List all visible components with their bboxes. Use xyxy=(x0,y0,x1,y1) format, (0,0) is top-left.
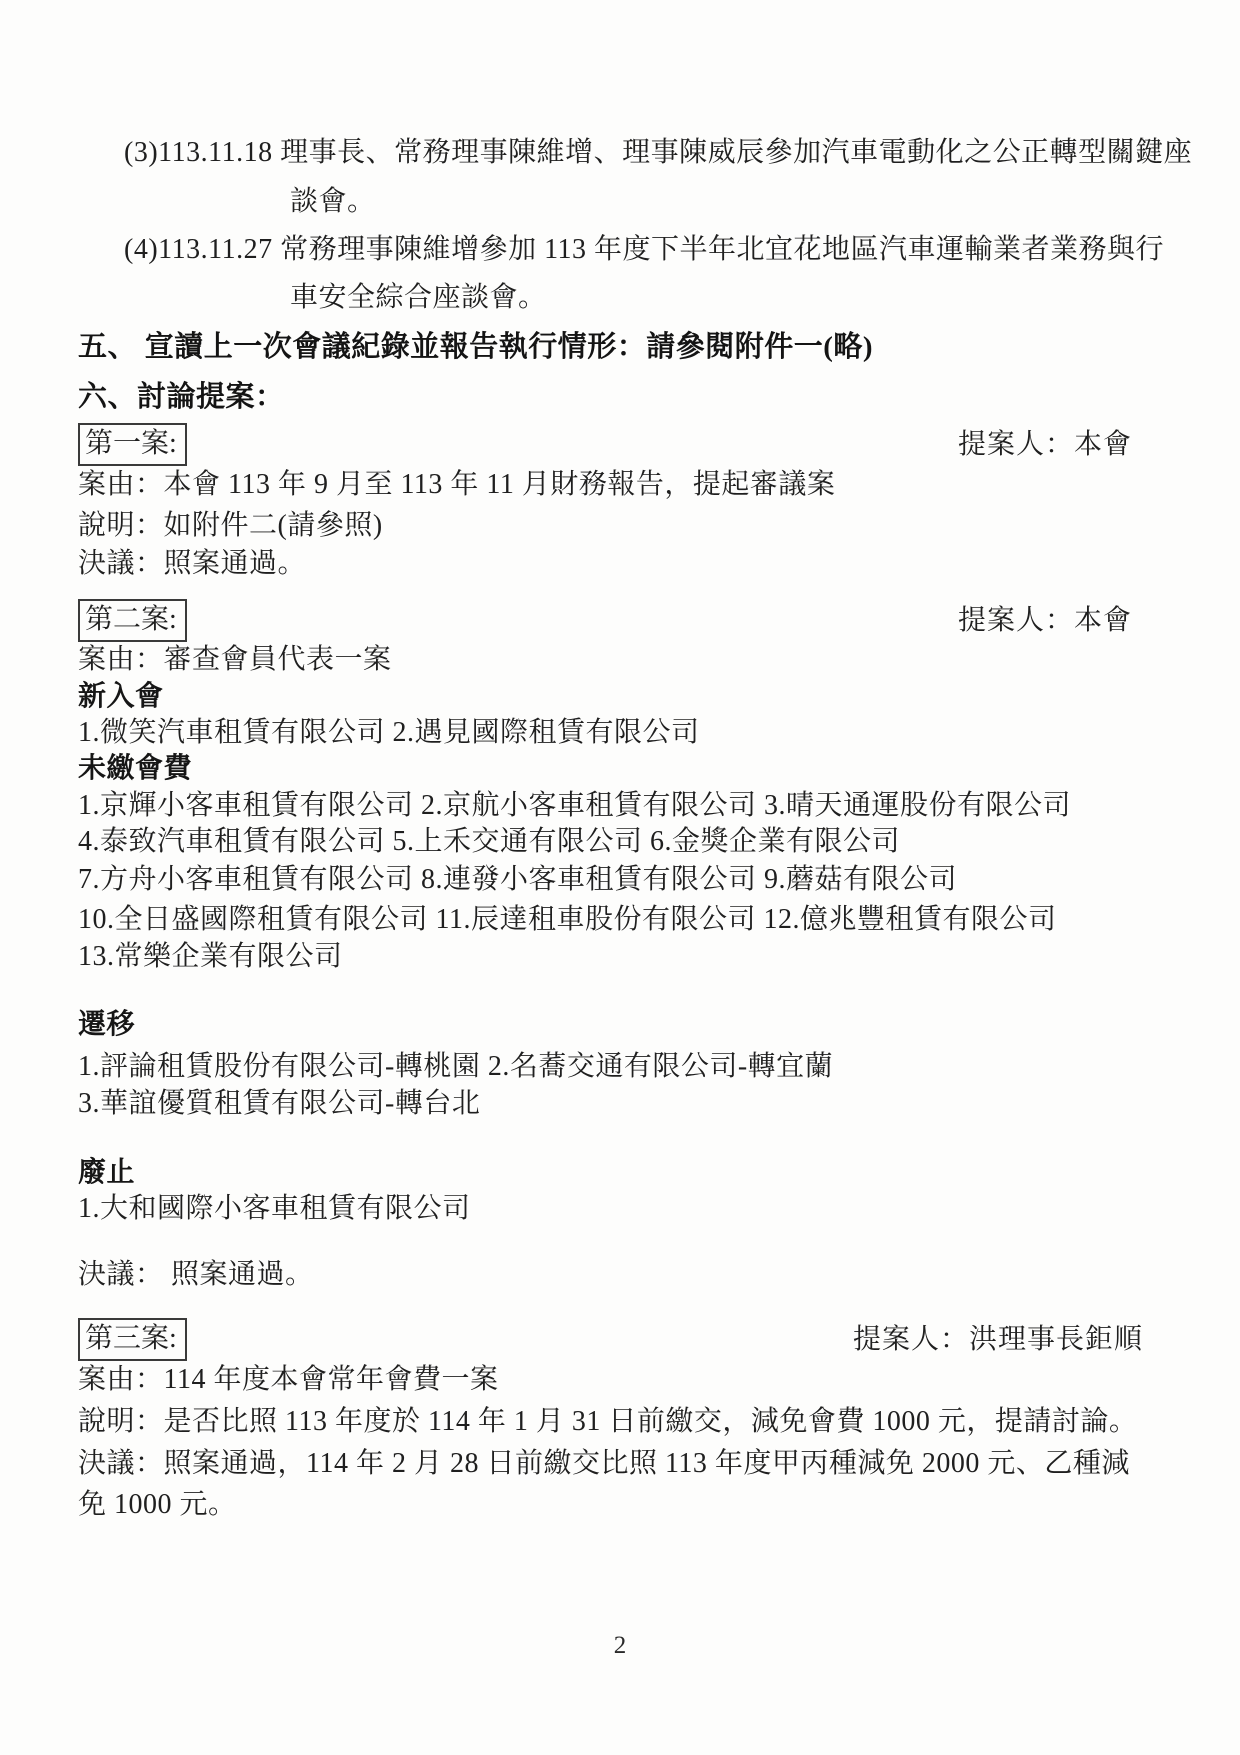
case-1-subject: 案由：本會 113 年 9 月至 113 年 11 月財務報告，提起審議案 xyxy=(78,467,835,503)
case-3-proposer: 提案人：洪理事長鉅順 xyxy=(853,1322,1143,1358)
case-3-label-box: 第三案: xyxy=(78,1318,187,1361)
new-members-heading: 新入會 xyxy=(78,679,164,715)
report-item-4-line-1: (4)113.11.27 常務理事陳維增參加 113 年度下半年北宜花地區汽車運… xyxy=(124,232,1164,268)
case-1-proposer: 提案人：本會 xyxy=(958,427,1132,463)
unpaid-fees-line: 1.京輝小客車租賃有限公司 2.京航小客車租賃有限公司 3.晴天通運股份有限公司 xyxy=(78,788,1071,824)
unpaid-fees-line: 10.全日盛國際租賃有限公司 11.辰達租車股份有限公司 12.億兆豐租賃有限公… xyxy=(78,902,1056,938)
revoke-heading: 廢止 xyxy=(78,1155,135,1191)
transfer-line: 3.華誼優質租賃有限公司-轉台北 xyxy=(78,1086,480,1122)
case-1-label-box: 第一案: xyxy=(78,423,187,466)
section-6-heading: 六、討論提案： xyxy=(78,379,285,415)
unpaid-fees-line: 13.常樂企業有限公司 xyxy=(78,939,343,975)
case-2-label-box: 第二案: xyxy=(78,599,187,642)
report-item-3-line-2: 談會。 xyxy=(290,184,376,220)
revoke-line: 1.大和國際小客車租賃有限公司 xyxy=(78,1191,471,1227)
case-2-proposer: 提案人：本會 xyxy=(958,603,1132,639)
case-2-resolution: 決議： 照案通過。 xyxy=(78,1257,314,1293)
new-members-line: 1.微笑汽車租賃有限公司 2.遇見國際租賃有限公司 xyxy=(78,715,700,751)
unpaid-fees-line: 4.泰致汽車租賃有限公司 5.上禾交通有限公司 6.金獎企業有限公司 xyxy=(78,824,900,860)
transfer-heading: 遷移 xyxy=(78,1007,135,1043)
case-1-resolution: 決議：照案通過。 xyxy=(78,546,306,582)
meeting-minutes-page: (3)113.11.18 理事長、常務理事陳維增、理事陳威辰參加汽車電動化之公正… xyxy=(0,0,1240,1755)
page-number: 2 xyxy=(0,1632,1240,1660)
case-3-resolution-line-1: 決議：照案通過，114 年 2 月 28 日前繳交比照 113 年度甲丙種減免 … xyxy=(78,1446,1130,1482)
transfer-line: 1.評論租賃股份有限公司-轉桃園 2.名蕎交通有限公司-轉宜蘭 xyxy=(78,1049,833,1085)
case-1-explanation: 說明：如附件二(請參照) xyxy=(78,508,383,544)
case-2-subject: 案由：審查會員代表一案 xyxy=(78,642,392,678)
unpaid-fees-heading: 未繳會費 xyxy=(78,751,192,787)
case-3-subject: 案由：114 年度本會常年會費一案 xyxy=(78,1362,498,1398)
report-item-4-line-2: 車安全綜合座談會。 xyxy=(290,280,547,316)
section-5-heading: 五、 宣讀上一次會議紀錄並報告執行情形：請參閱附件一(略) xyxy=(78,329,873,365)
unpaid-fees-line: 7.方舟小客車租賃有限公司 8.連發小客車租賃有限公司 9.蘑菇有限公司 xyxy=(78,862,957,898)
case-3-explanation: 說明：是否比照 113 年度於 114 年 1 月 31 日前繳交，減免會費 1… xyxy=(78,1404,1137,1440)
case-3-resolution-line-2: 免 1000 元。 xyxy=(78,1487,237,1523)
report-item-3-line-1: (3)113.11.18 理事長、常務理事陳維增、理事陳威辰參加汽車電動化之公正… xyxy=(124,135,1192,171)
